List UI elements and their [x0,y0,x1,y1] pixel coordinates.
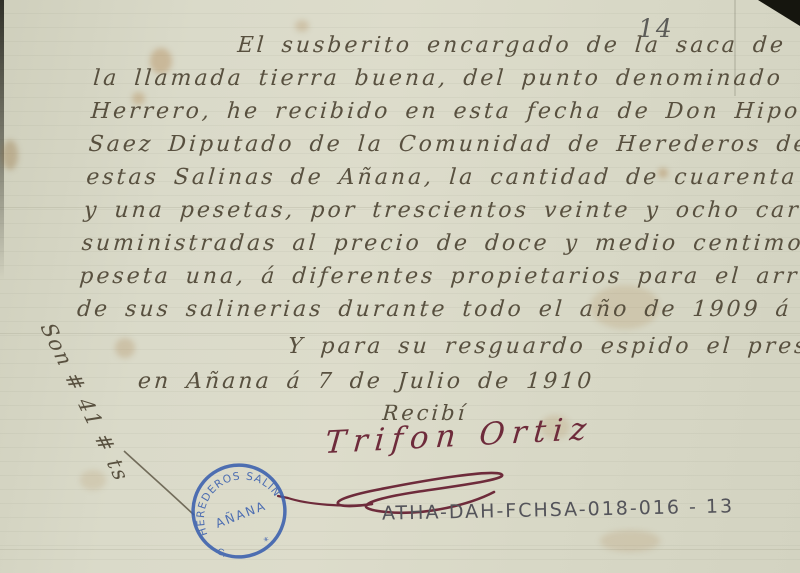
paper-stain [295,20,309,32]
paper-stain [2,140,18,170]
page-corner-shadow [758,0,800,26]
handwritten-line: Herrero, he recibido en esta fecha de Do… [89,99,800,132]
paper-stain [115,338,135,358]
handwritten-line: El susberito encargado de la saca de [94,33,800,66]
handwritten-line: de sus salinerias durante todo el año de… [76,297,794,330]
stamp-bottom-mark: * [263,536,273,548]
handwritten-line: la llamada tierra buena, del punto denom… [92,66,800,99]
handwritten-line: peseta una, á diferentes propietarios pa… [78,264,796,297]
stamp-center-text: AÑANA [213,498,268,531]
handwritten-line: suministradas al precio de doce y medio … [80,231,798,264]
scanned-manuscript-page: 14 El susberito encargado de la saca de … [0,0,800,573]
page-left-edge-shadow [0,0,4,280]
date-line: en Añana á 7 de Julio de 1910 [137,369,595,394]
closing-line: Y para su resguardo espido el presente [287,334,800,359]
handwritten-line: y una pesetas, por trescientos veinte y … [83,198,800,231]
handwritten-line: estas Salinas de Añana, la cantidad de c… [85,165,800,198]
manuscript-body: El susberito encargado de la saca de la … [76,33,800,330]
paper-stain [80,470,106,490]
stamp-corner-text: G. [215,547,228,560]
handwritten-line: Saez Diputado de la Comunidad de Hereder… [87,132,800,165]
paper-crease-horizontal [0,549,800,550]
